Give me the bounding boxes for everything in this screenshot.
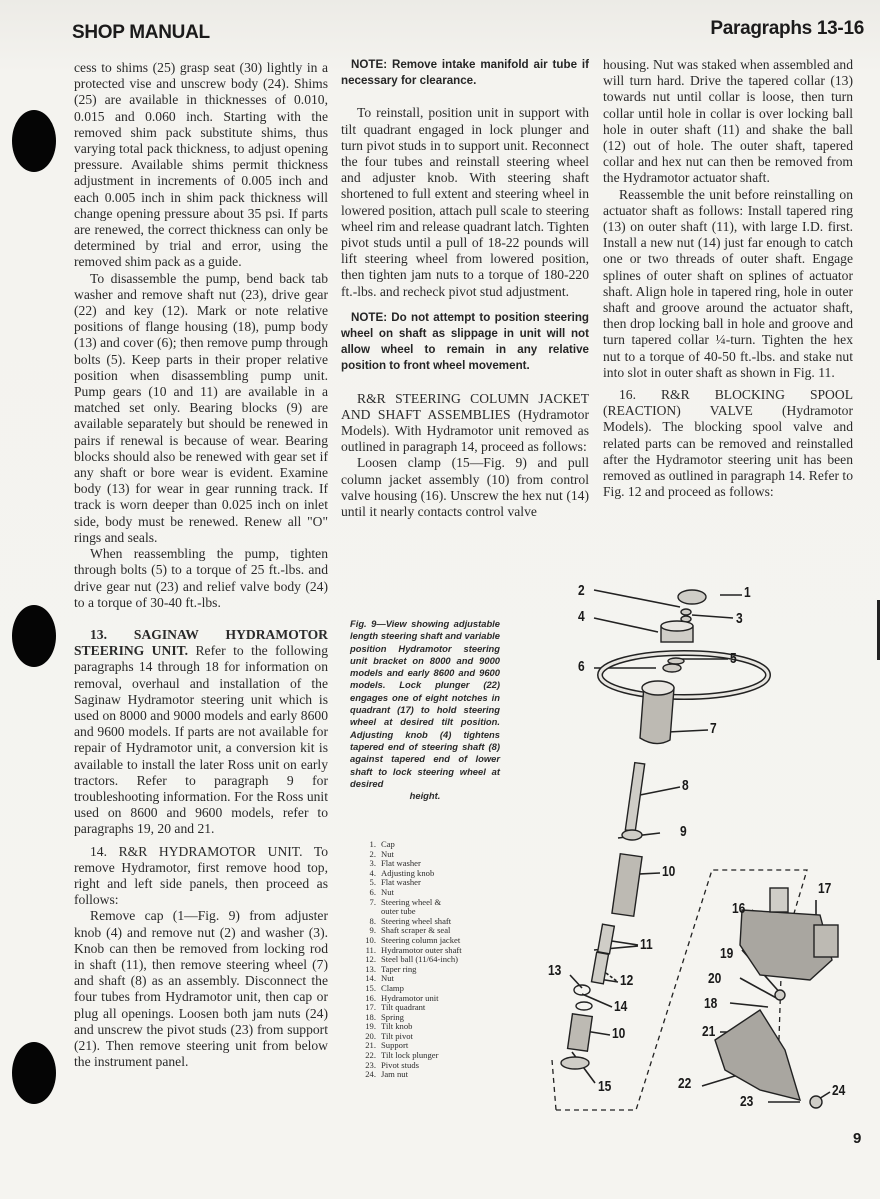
callout-9: 9 (680, 823, 687, 840)
callout-5: 5 (730, 650, 737, 667)
section-13: 13. SAGINAW HYDRAMOTOR STEERING UNIT. Re… (74, 627, 328, 838)
callout-11: 11 (640, 936, 653, 953)
callout-15: 15 (598, 1078, 611, 1095)
punch-hole (12, 1042, 56, 1104)
callout-8: 8 (682, 777, 689, 794)
paragraph: When reassembling the pump, tighten thro… (74, 546, 328, 611)
punch-hole (12, 110, 56, 172)
text-column-3: housing. Nut was staked when assembled a… (603, 57, 853, 500)
callout-22: 22 (678, 1075, 691, 1092)
callout-18: 18 (704, 995, 717, 1012)
caption-text: Fig. 9—View showing adjustable length st… (350, 618, 500, 789)
punch-hole (12, 605, 56, 667)
manual-page: SHOP MANUAL Paragraphs 13-16 cess to shi… (0, 0, 880, 1199)
text-column-1: cess to shims (25) grasp seat (30) light… (74, 60, 328, 1070)
callout-6: 6 (578, 658, 585, 675)
callout-14: 14 (614, 998, 627, 1015)
page-number: 9 (853, 1130, 861, 1147)
callout-13: 13 (548, 962, 561, 979)
callout-21: 21 (702, 1023, 715, 1040)
callout-16: 16 (732, 900, 745, 917)
callout-12: 12 (620, 972, 633, 989)
callout-19: 19 (720, 945, 733, 962)
section-heading: 14. R&R HYDRAMOTOR UNIT. (90, 844, 303, 859)
paragraph: To reinstall, position unit in support w… (341, 105, 589, 299)
paragraph: Remove cap (1—Fig. 9) from adjuster knob… (74, 908, 328, 1070)
section-body: Refer to the following paragraphs 14 thr… (74, 643, 328, 836)
running-header-title: SHOP MANUAL (72, 22, 210, 44)
paragraph: housing. Nut was staked when assembled a… (603, 57, 853, 187)
section-15: R&R STEERING COLUMN JACKET AND SHAFT ASS… (341, 391, 589, 456)
note-box: NOTE: Do not attempt to position steerin… (341, 310, 589, 375)
steering-assembly-drawing (520, 570, 880, 1120)
running-header-paragraphs: Paragraphs 13-16 (710, 18, 864, 40)
callout-7: 7 (710, 720, 717, 737)
exploded-steering-diagram: 2 1 4 3 5 6 7 8 9 10 11 12 13 14 10 15 1… (520, 570, 880, 1120)
legend-item: 24.Jam nut (360, 1070, 462, 1080)
callout-4: 4 (578, 608, 585, 625)
callout-20: 20 (708, 970, 721, 987)
note-box: NOTE: Remove intake manifold air tube if… (341, 57, 589, 89)
figure-caption: Fig. 9—View showing adjustable length st… (350, 618, 500, 802)
callout-10: 10 (662, 863, 675, 880)
section-16: 16. R&R BLOCKING SPOOL (REACTION) VALVE … (603, 387, 853, 500)
callout-23: 23 (740, 1093, 753, 1110)
paragraph: Reassemble the unit before reinstalling … (603, 187, 853, 381)
callout-2: 2 (578, 582, 585, 599)
callout-17: 17 (818, 880, 831, 897)
paragraph: Loosen clamp (15—Fig. 9) and pull column… (341, 455, 589, 520)
callout-1: 1 (744, 584, 751, 601)
callout-24: 24 (832, 1082, 845, 1099)
callout-10b: 10 (612, 1025, 625, 1042)
parts-legend: 1.Cap 2.Nut 3.Flat washer 4.Adjusting kn… (360, 840, 462, 1080)
paragraph: cess to shims (25) grasp seat (30) light… (74, 60, 328, 271)
caption-text-end: height. (350, 790, 500, 802)
section-14: 14. R&R HYDRAMOTOR UNIT. To remove Hydra… (74, 844, 328, 909)
text-column-2: NOTE: Remove intake manifold air tube if… (341, 57, 589, 520)
callout-3: 3 (736, 610, 743, 627)
paragraph: To disassemble the pump, bend back tab w… (74, 271, 328, 546)
